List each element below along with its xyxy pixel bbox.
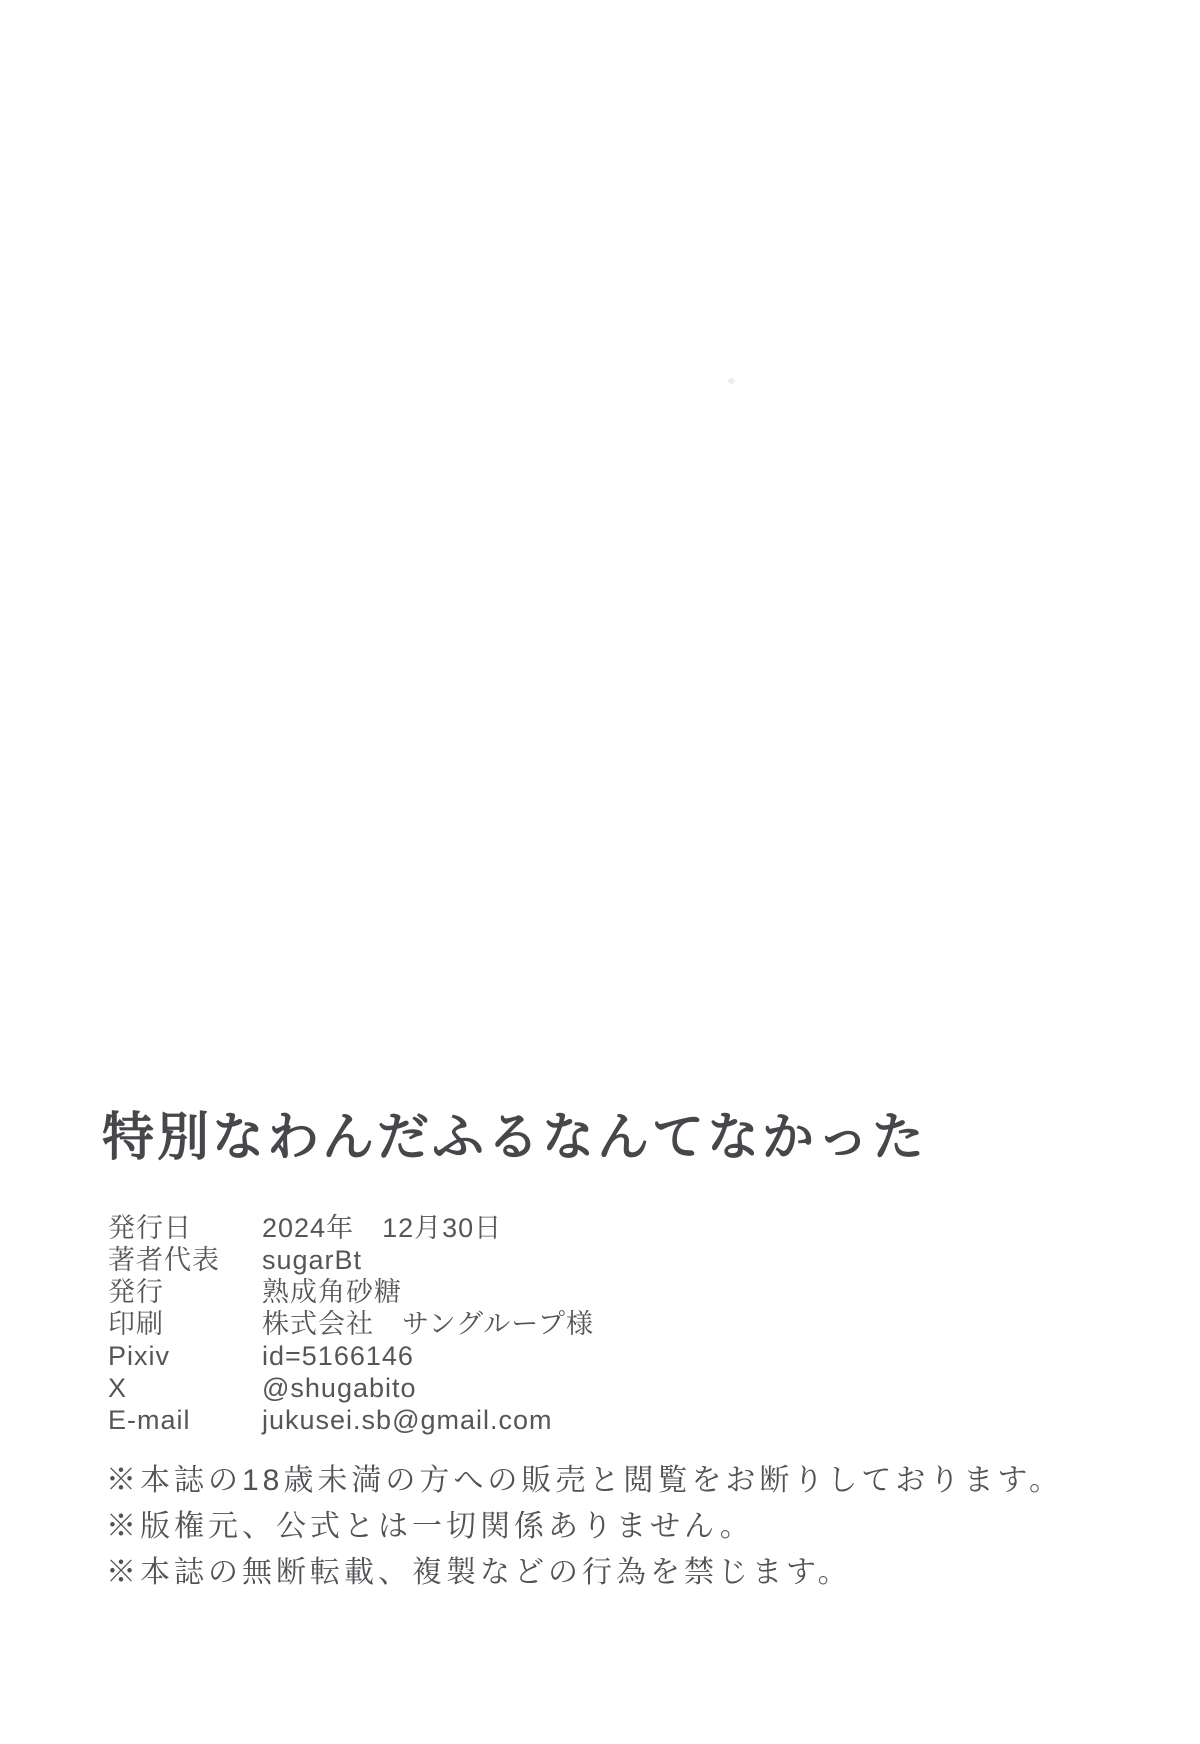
colophon-label: X (108, 1372, 262, 1404)
disclaimer-notices: ※本誌の18歳未満の方への販売と閲覧をお断りしております。 ※版権元、公式とは一… (106, 1458, 1063, 1596)
colophon-page: 特別なわんだふるなんてなかった 発行日 2024年 12月30日 著者代表 su… (0, 0, 1200, 1744)
colophon-label: Pixiv (108, 1340, 262, 1372)
colophon-value: 熟成角砂糖 (262, 1276, 402, 1308)
colophon-row-email: E-mail jukusei.sb@gmail.com (108, 1404, 594, 1436)
colophon-label: 発行日 (108, 1212, 262, 1244)
colophon-value: 株式会社 サングループ様 (262, 1308, 594, 1340)
colophon-row-publication-date: 発行日 2024年 12月30日 (108, 1212, 594, 1244)
notice-unofficial: ※版権元、公式とは一切関係ありません。 (106, 1504, 1063, 1550)
colophon-info-table: 発行日 2024年 12月30日 著者代表 sugarBt 発行 熟成角砂糖 印… (108, 1212, 594, 1436)
colophon-value: id=5166146 (262, 1340, 414, 1372)
colophon-label: 発行 (108, 1276, 262, 1308)
scan-artifact-dot (728, 378, 735, 384)
colophon-label: 印刷 (108, 1308, 262, 1340)
colophon-row-author: 著者代表 sugarBt (108, 1244, 594, 1276)
colophon-label: E-mail (108, 1404, 262, 1436)
colophon-row-printer: 印刷 株式会社 サングループ様 (108, 1308, 594, 1340)
colophon-value: sugarBt (262, 1244, 362, 1276)
colophon-label: 著者代表 (108, 1244, 262, 1276)
colophon-value: @shugabito (262, 1372, 417, 1404)
notice-no-reproduction: ※本誌の無断転載、複製などの行為を禁じます。 (106, 1550, 1063, 1596)
colophon-row-x-account: X @shugabito (108, 1372, 594, 1404)
colophon-value: jukusei.sb@gmail.com (262, 1404, 553, 1436)
colophon-row-publisher: 発行 熟成角砂糖 (108, 1276, 594, 1308)
notice-age-restriction: ※本誌の18歳未満の方への販売と閲覧をお断りしております。 (106, 1458, 1063, 1504)
colophon-value: 2024年 12月30日 (262, 1212, 502, 1244)
book-title: 特別なわんだふるなんてなかった (102, 1112, 927, 1164)
colophon-row-pixiv: Pixiv id=5166146 (108, 1340, 594, 1372)
